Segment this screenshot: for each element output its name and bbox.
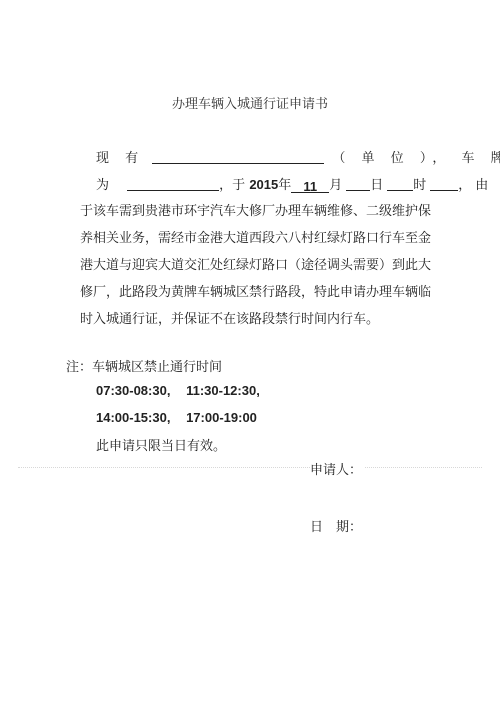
applicant-label: 申请人： — [310, 459, 364, 478]
day-blank-field[interactable] — [346, 177, 370, 191]
unit-plate-label: （ 单 位 ）， 车 牌 号 码 — [332, 151, 500, 166]
hour-label: 时 — [413, 178, 426, 193]
time-range: 11:30-12:30, — [186, 383, 260, 398]
month-field[interactable]: 11 — [291, 179, 329, 193]
day-label: 日 — [370, 178, 383, 193]
month-label: 月 — [329, 178, 342, 193]
document-title: 办理车辆入城通行证申请书 — [0, 93, 500, 112]
you-label: ，由 — [458, 178, 492, 193]
wei-label: 为 — [96, 178, 109, 193]
para-text-line: 于该车需到贵港市环宇汽车大修厂办理车辆维修、二级维护保 — [80, 200, 431, 219]
existing-label: 现 有 — [96, 151, 144, 166]
unit-blank-field[interactable] — [152, 150, 324, 164]
restricted-times-row-1: 07:30-08:30, 11:30-12:30, — [96, 383, 260, 398]
para-text-line: 港大道与迎宾大道交汇处红绿灯路口（途径调头需要）到此大 — [80, 254, 431, 273]
para-line-1: 现 有 （ 单 位 ）， 车 牌 号 码 — [96, 147, 500, 166]
yu-label: ，于 — [219, 178, 245, 193]
dotted-divider — [18, 467, 482, 468]
year-value: 2015 — [249, 177, 278, 192]
date-label: 日 期： — [310, 516, 362, 535]
time-range: 17:00-19:00 — [186, 410, 257, 425]
para-text-line: 养相关业务，需经市金港大道西段六八村红绿灯路口行车至金 — [80, 227, 431, 246]
hour-blank-field[interactable] — [387, 177, 413, 191]
time-range: 14:00-15:30, — [96, 410, 170, 425]
para-text-line: 修厂，此路段为黄牌车辆城区禁行路段，特此申请办理车辆临 — [80, 281, 431, 300]
note-label: 注：车辆城区禁止通行时间 — [66, 356, 222, 375]
validity-note: 此申请只限当日有效。 — [96, 435, 226, 454]
minute-blank-field[interactable] — [430, 177, 458, 191]
time-range: 07:30-08:30, — [96, 383, 170, 398]
year-label: 年 — [278, 178, 291, 193]
para-line-2: 为 ，于 2015年11月日时，由 — [96, 174, 492, 193]
para-text-line: 时入城通行证，并保证不在该路段禁行时间内行车。 — [80, 308, 379, 327]
plate-number-blank-field[interactable] — [127, 177, 219, 191]
restricted-times-row-2: 14:00-15:30, 17:00-19:00 — [96, 410, 257, 425]
